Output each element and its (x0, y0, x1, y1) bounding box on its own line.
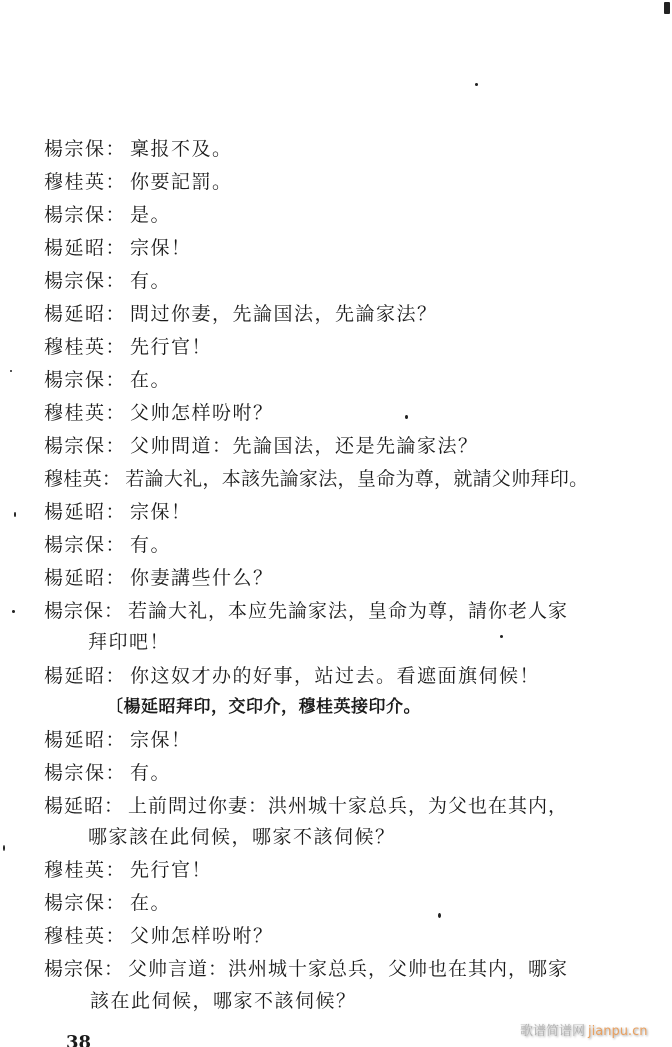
scan-speck (12, 610, 15, 613)
colon: ： (106, 138, 127, 160)
scan-speck (664, 2, 670, 14)
dialogue-line: 楊宗保：在。 (44, 891, 171, 915)
dialogue-line: 楊延昭：宗保！ (44, 728, 192, 752)
speaker-name: 穆桂英 (44, 859, 106, 881)
colon: ： (106, 534, 127, 556)
speaker-name: 楊延昭 (44, 567, 106, 589)
dialogue-line: 楊宗保：稟报不及。 (44, 137, 233, 161)
dialogue-text: 宗保！ (130, 237, 192, 259)
dialogue-continuation: 該在此伺候，哪家不該伺候？ (90, 989, 357, 1013)
dialogue-text: 先行官！ (130, 336, 212, 358)
dialogue-text: 是。 (130, 204, 171, 226)
colon: ： (106, 270, 127, 292)
scan-speck (500, 635, 503, 638)
speaker-name: 楊宗保 (44, 958, 104, 980)
dialogue-text: 父帅怎样吩咐？ (130, 402, 274, 424)
colon: ： (106, 369, 127, 391)
dialogue-line: 楊延昭：問过你妻，先論国法，先論家法？ (44, 302, 438, 326)
scan-speck (438, 913, 441, 918)
dialogue-line: 楊宗保：有。 (44, 269, 171, 293)
dialogue-text: 在。 (130, 892, 171, 914)
dialogue-text: 上前問过你妻：洪州城十家总兵，为父也在其内， (128, 795, 568, 817)
speaker-name: 楊宗保 (44, 204, 106, 226)
speaker-name: 楊宗保 (44, 534, 106, 556)
speaker-name: 穆桂英 (44, 171, 106, 193)
dialogue-line: 楊宗保：父帅言道：洪州城十家总兵，父帅也在其内，哪家 (44, 957, 568, 981)
dialogue-line: 楊宗保：若論大礼，本应先論家法，皇命为尊，請你老人家 (44, 599, 568, 623)
dialogue-line: 穆桂英：你要記罰。 (44, 170, 233, 194)
speaker-name: 楊宗保 (44, 270, 106, 292)
dialogue-text: 有。 (130, 270, 171, 292)
watermark: 歌谱简谱网jianpu.cn (520, 1020, 647, 1039)
speaker-name: 楊宗保 (44, 435, 106, 457)
dialogue-text: 問过你妻，先論国法，先論家法？ (130, 303, 438, 325)
watermark-site-name: 歌谱简谱网 (520, 1024, 585, 1039)
dialogue-line: 楊延昭：宗保！ (44, 500, 192, 524)
scanned-script-page: 楊宗保：稟报不及。 穆桂英：你要記罰。 楊宗保：是。 楊延昭：宗保！ 楊宗保：有… (0, 0, 672, 1047)
dialogue-line: 楊宗保：父帅問道：先論国法，还是先論家法？ (44, 434, 479, 458)
dialogue-line: 楊延昭：上前問过你妻：洪州城十家总兵，为父也在其内， (44, 794, 568, 818)
speaker-name: 穆桂英 (44, 468, 102, 490)
watermark-url: jianpu.cn (588, 1024, 647, 1039)
colon: ： (106, 665, 127, 687)
speaker-name: 楊延昭 (44, 795, 104, 817)
scan-speck (405, 415, 408, 419)
colon: ： (106, 402, 127, 424)
dialogue-text: 父帅怎样吩咐？ (130, 925, 274, 947)
speaker-name: 楊延昭 (44, 303, 106, 325)
dialogue-text: 父帅問道：先論国法，还是先論家法？ (130, 435, 479, 457)
dialogue-text: 宗保！ (130, 501, 192, 523)
colon: ： (104, 958, 124, 980)
speaker-name: 穆桂英 (44, 402, 106, 424)
colon: ： (102, 468, 121, 490)
speaker-name: 楊延昭 (44, 729, 106, 751)
dialogue-line: 楊宗保：有。 (44, 761, 171, 785)
dialogue-line: 楊宗保：在。 (44, 368, 171, 392)
dialogue-text: 你要記罰。 (130, 171, 233, 193)
speaker-name: 楊宗保 (44, 369, 106, 391)
dialogue-line: 穆桂英：父帅怎样吩咐？ (44, 924, 274, 948)
dialogue-line: 穆桂英：若論大礼，本該先論家法，皇命为尊，就請父帅拜印。 (44, 467, 588, 491)
speaker-name: 楊延昭 (44, 501, 106, 523)
scan-speck (3, 845, 5, 851)
colon: ： (106, 171, 127, 193)
dialogue-text: 宗保！ (130, 729, 192, 751)
dialogue-line: 楊宗保：是。 (44, 203, 171, 227)
colon: ： (104, 600, 124, 622)
dialogue-line: 楊宗保：有。 (44, 533, 171, 557)
colon: ： (106, 435, 127, 457)
dialogue-line: 穆桂英：父帅怎样吩咐？ (44, 401, 274, 425)
dialogue-text: 若論大礼，本該先論家法，皇命为尊，就請父帅拜印。 (125, 468, 588, 490)
dialogue-text: 先行官！ (130, 859, 212, 881)
dialogue-text: 稟报不及。 (130, 138, 233, 160)
dialogue-text: 有。 (130, 534, 171, 556)
scan-speck (475, 83, 478, 86)
speaker-name: 楊宗保 (44, 762, 106, 784)
colon: ： (106, 336, 127, 358)
dialogue-continuation: 哪家該在此伺候，哪家不該伺候？ (88, 825, 396, 849)
colon: ： (106, 501, 127, 523)
speaker-name: 穆桂英 (44, 925, 106, 947)
colon: ： (106, 237, 127, 259)
speaker-name: 楊宗保 (44, 600, 104, 622)
dialogue-line: 穆桂英：先行官！ (44, 335, 212, 359)
dialogue-text: 在。 (130, 369, 171, 391)
dialogue-line: 穆桂英：先行官！ (44, 858, 212, 882)
speaker-name: 楊延昭 (44, 665, 106, 687)
dialogue-text: 有。 (130, 762, 171, 784)
dialogue-line: 楊延昭：宗保！ (44, 236, 192, 260)
stage-direction: 〔楊延昭拜印，交印介，穆桂英接印介。 (106, 696, 421, 718)
colon: ： (106, 729, 127, 751)
dialogue-line: 楊延昭：你这奴才办的好事，站过去。看遮面旗伺候！ (44, 664, 540, 688)
colon: ： (106, 567, 127, 589)
colon: ： (106, 892, 127, 914)
speaker-name: 穆桂英 (44, 336, 106, 358)
colon: ： (106, 204, 127, 226)
dialogue-text: 父帅言道：洪州城十家总兵，父帅也在其内，哪家 (128, 958, 568, 980)
page-number: 38 (66, 1032, 91, 1047)
dialogue-text: 你妻講些什么？ (130, 567, 274, 589)
dialogue-line: 楊延昭：你妻講些什么？ (44, 566, 274, 590)
colon: ： (106, 859, 127, 881)
colon: ： (106, 762, 127, 784)
dialogue-text: 若論大礼，本应先論家法，皇命为尊，請你老人家 (128, 600, 568, 622)
dialogue-continuation: 拜印吧！ (88, 630, 170, 654)
dialogue-text: 你这奴才办的好事，站过去。看遮面旗伺候！ (130, 665, 540, 687)
speaker-name: 楊宗保 (44, 892, 106, 914)
colon: ： (104, 795, 124, 817)
colon: ： (106, 303, 127, 325)
scan-speck (14, 512, 16, 517)
scan-speck (10, 370, 12, 372)
colon: ： (106, 925, 127, 947)
speaker-name: 楊宗保 (44, 138, 106, 160)
speaker-name: 楊延昭 (44, 237, 106, 259)
